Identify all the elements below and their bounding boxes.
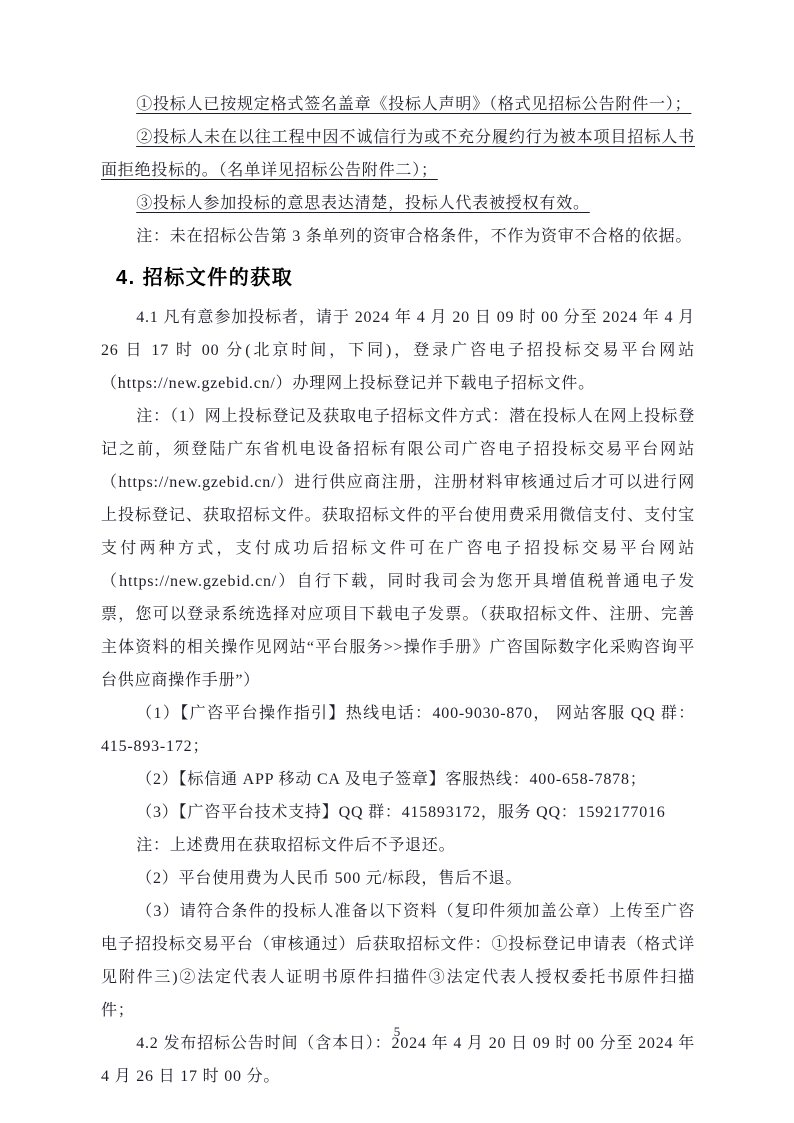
- paragraph-hotline-tech-support: （3）【广咨平台技术支持】QQ 群：415893172，服务 QQ：159217…: [101, 796, 695, 829]
- paragraph-hotline-biaoxintong: （2）【标信通 APP 移动 CA 及电子签章】客服热线：400-658-787…: [101, 763, 695, 796]
- qualification-item-2: ②投标人未在以往工程中因不诚信行为或不充分履约行为被本项目招标人书面拒绝投标的。…: [101, 121, 695, 187]
- paragraph-platform-fee: （2）平台使用费为人民币 500 元/标段，售后不退。: [101, 862, 695, 895]
- section-4-heading: 4. 招标文件的获取: [101, 260, 695, 296]
- qualification-item-3: ③投标人参加投标的意思表达清楚，投标人代表被授权有效。: [101, 187, 695, 220]
- qualification-note: 注：未在招标公告第 3 条单列的资审合格条件，不作为资审不合格的依据。: [101, 220, 695, 253]
- paragraph-fee-no-refund-note: 注：上述费用在获取招标文件后不予退还。: [101, 829, 695, 862]
- qualification-item-1: ①投标人已按规定格式签名盖章《投标人声明》（格式见招标公告附件一）；: [101, 88, 695, 121]
- paragraph-registration-note: 注：（1）网上投标登记及获取电子招标文件方式：潜在投标人在网上投标登记之前，须登…: [101, 400, 695, 697]
- paragraph-4-1: 4.1 凡有意参加投标者，请于 2024 年 4 月 20 日 09 时 00 …: [101, 301, 695, 400]
- paragraph-required-documents: （3）请符合条件的投标人准备以下资料（复印件须加盖公章）上传至广咨电子招投标交易…: [101, 895, 695, 1027]
- page-number: 5: [0, 1022, 794, 1042]
- document-body: ①投标人已按规定格式签名盖章《投标人声明》（格式见招标公告附件一）； ②投标人未…: [101, 88, 695, 1093]
- document-page: ①投标人已按规定格式签名盖章《投标人声明》（格式见招标公告附件一）； ②投标人未…: [0, 0, 794, 1123]
- paragraph-hotline-platform-guide: （1）【广咨平台操作指引】热线电话：400-9030-870， 网站客服 QQ …: [101, 697, 695, 763]
